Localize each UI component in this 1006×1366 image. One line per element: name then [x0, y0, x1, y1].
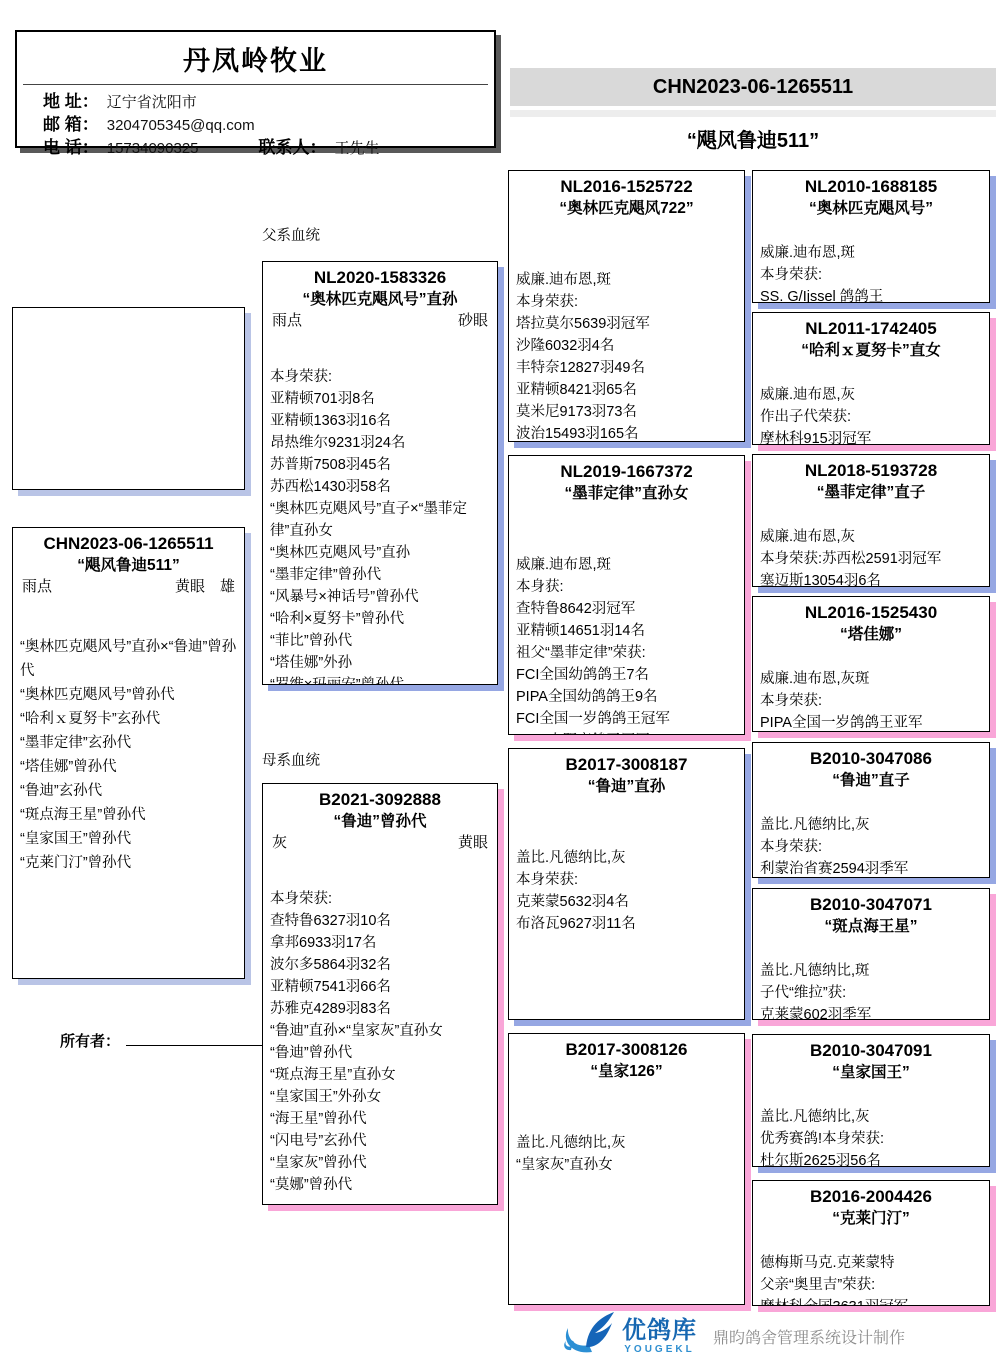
pedigree-line: “罗维×玛丽安”曾孙代 [270, 674, 490, 685]
pedigree-line: “鲁迪”曾孙代 [270, 1042, 490, 1064]
great-grandparent-box-4: NL2016-1525430 “塔佳娜” 威廉.迪布恩,灰斑本身荣获:PIPA全… [752, 596, 990, 732]
pedigree-line: 威廉.迪布恩,灰 [760, 385, 982, 407]
email-label: 邮 箱： [43, 114, 99, 136]
pedigree-line: “哈利ｘ夏努卡”玄孙代 [20, 707, 237, 731]
email-value: 3204705345@qq.com [107, 115, 255, 137]
pedigree-line: SS. G/Ijssel 鸽鸽王 [760, 287, 982, 303]
great-grandparent-box-5: B2010-3047086 “鲁迪”直子 盖比.凡德纳比,灰本身荣获:利蒙治省赛… [752, 742, 990, 878]
pedigree-line: 塔拉莫尔5639羽冠军 [516, 313, 737, 335]
pedigree-line: 盖比.凡德纳比,灰 [760, 815, 982, 837]
father-pedigree-box: NL2020-1583326 “奥林匹克飓风号”直孙 雨点 砂眼 本身荣获:亚精… [262, 261, 498, 685]
pedigree-line: PIPA全国一岁鸽鸽王亚军 [760, 713, 982, 732]
eye-color: 砂眼 [458, 310, 488, 331]
logo-english-name: YOUGEKL [624, 1344, 694, 1355]
pedigree-line: “海王星”曾孙代 [270, 1108, 490, 1130]
pedigree-line: 亚精顿1363羽16名 [270, 410, 490, 432]
pedigree-line: FCI全国一岁鸽鸽王冠军 [516, 708, 737, 730]
pedigree-line: 优秀赛鸽!本身荣获: [760, 1129, 982, 1151]
grandmother-maternal-box: B2017-3008126 “皇家126” 盖比.凡德纳比,灰“皇家灰”直孙女 [508, 1033, 745, 1305]
photo-placeholder-box [12, 307, 245, 490]
feather-color: 雨点 [22, 576, 52, 597]
pigeon-details: 盖比.凡德纳比,灰优秀赛鸽!本身荣获:杜尔斯2625羽56名 [760, 1107, 982, 1167]
pedigree-line: “皇家灰”曾孙代 [270, 1152, 490, 1174]
pedigree-line: 本身获: [516, 576, 737, 598]
pedigree-line: 克莱蒙602羽季军 [760, 1005, 982, 1020]
pedigree-line: 本身荣获: [516, 869, 737, 891]
address-label: 地 址： [43, 91, 99, 113]
pigeon-details: 威廉.迪布恩,灰斑本身荣获:PIPA全国一岁鸽鸽王亚军 [760, 669, 982, 732]
logo-wordmark: 优鸽库 YOUGEKL [622, 1318, 697, 1355]
feather-color: 灰 [272, 832, 287, 853]
pigeon-name: “皇家126” [516, 1061, 737, 1082]
pedigree-line: 亚精顿8421羽65名 [516, 379, 737, 401]
pigeon-name: “鲁迪”直子 [760, 770, 982, 791]
owner-label: 所有者： [60, 1033, 120, 1050]
farm-header-card: 丹凤岭牧业 地 址： 辽宁省沈阳市 邮 箱： 3204705345@qq.com… [15, 30, 496, 148]
pedigree-line: “闪电号”玄孙代 [270, 1130, 490, 1152]
pedigree-line: FCI全国幼鸽鸽王7名 [516, 664, 737, 686]
pedigree-line: “奥林匹克飓风号”直子×“墨菲定律”直孙女 [270, 498, 490, 542]
ring-number: B2016-2004426 [760, 1186, 982, 1208]
ring-number: CHN2023-06-1265511 [20, 533, 237, 555]
pedigree-line: “墨菲定律”玄孙代 [20, 731, 237, 755]
pedigree-line: 父亲“奥里吉”荣获: [760, 1275, 982, 1297]
pedigree-line: 德梅斯马克.克莱蒙特 [760, 1253, 982, 1275]
pedigree-line: “皇家灰”直孙女 [516, 1154, 737, 1176]
pedigree-line: 盖比.凡德纳比,灰 [516, 847, 737, 869]
pigeon-name: “飓风鲁迪511” [20, 555, 237, 576]
pedigree-line [270, 866, 490, 888]
phone-value: 15734090325 [107, 138, 199, 160]
swirl-bird-logo-icon [558, 1310, 616, 1363]
pedigree-line: “皇家国王”外孙女 [270, 1086, 490, 1108]
pigeon-name: “奥林匹克飓风722” [516, 198, 737, 219]
pedigree-line: 本身荣获:苏西松2591羽冠军 [760, 549, 982, 571]
grandmother-paternal-box: NL2019-1667372 “墨菲定律”直孙女 威廉.迪布恩,斑本身获:查特鲁… [508, 455, 745, 735]
pigeon-name: “克莱门汀” [760, 1208, 982, 1229]
pedigree-line: 威廉.迪布恩,灰斑 [760, 669, 982, 691]
farm-phone-row: 电 话： 15734090325 联系人： 王先生 [43, 137, 494, 160]
pedigree-line: 本身荣获: [760, 691, 982, 713]
pedigree-line: “哈利×夏努卡”曾孙代 [270, 608, 490, 630]
pigeon-name: “墨菲定律”直子 [760, 482, 982, 503]
pedigree-line: 莫米尼9173羽73名 [516, 401, 737, 423]
subject-name-banner: “飓风鲁迪511” [510, 124, 996, 153]
ring-number: NL2018-5193728 [760, 460, 982, 482]
banner-divider [510, 110, 996, 117]
pedigree-line: 苏雅克4289羽83名 [270, 998, 490, 1020]
pedigree-line: 威廉.迪布恩,灰 [760, 527, 982, 549]
paternal-lineage-label: 父系血统 [262, 224, 320, 245]
pigeon-name: “哈利ｘ夏努卡”直女 [760, 340, 982, 361]
pedigree-line: 亚精顿7541羽66名 [270, 976, 490, 998]
contact-value: 王先生 [335, 138, 380, 160]
contact-label: 联系人： [259, 137, 327, 159]
pedigree-line: “风暴号×神话号”曾孙代 [270, 586, 490, 608]
color-eye-row: 灰 黄眼 [270, 832, 490, 853]
pedigree-line: “奥林匹克飓风号”直孙 [270, 542, 490, 564]
pigeon-details: 威廉.迪布恩,灰作出子代荣获:摩林科915羽冠军 [760, 385, 982, 445]
pedigree-line: 查特鲁6327羽10名 [270, 910, 490, 932]
color-eye-row: 雨点 砂眼 [270, 310, 490, 331]
ring-number: B2017-3008126 [516, 1039, 737, 1061]
pedigree-line: 盖比.凡德纳比,灰 [516, 1132, 737, 1154]
ring-number: B2010-3047091 [760, 1040, 982, 1062]
pedigree-line: “克莱门汀”曾孙代 [20, 851, 237, 875]
pedigree-line: 盖比.凡德纳比,斑 [760, 961, 982, 983]
pigeon-name: “奥林匹克飓风号”直孙 [270, 289, 490, 310]
pedigree-line: 波尔多5864羽32名 [270, 954, 490, 976]
subject-pedigree-box: CHN2023-06-1265511 “飓风鲁迪511” 雨点 黄眼 雄 “奥林… [12, 527, 245, 979]
pigeon-details: 威廉.迪布恩,斑本身获:查特鲁8642羽冠军亚精顿14651羽14名祖父“墨菲定… [516, 554, 737, 735]
ring-number: NL2011-1742405 [760, 318, 982, 340]
pigeon-name: “皇家国王” [760, 1062, 982, 1083]
farm-contact-info: 地 址： 辽宁省沈阳市 邮 箱： 3204705345@qq.com 电 话： … [17, 85, 494, 160]
pigeon-details: 盖比.凡德纳比,灰本身荣获:利蒙治省赛2594羽季军 [760, 815, 982, 878]
pedigree-line: 本身荣获: [516, 291, 737, 313]
farm-address-row: 地 址： 辽宁省沈阳市 [43, 91, 494, 114]
pedigree-line: “塔佳娜”外孙 [270, 652, 490, 674]
ring-number: NL2010-1688185 [760, 176, 982, 198]
ring-number: NL2016-1525722 [516, 176, 737, 198]
phone-label: 电 话： [43, 137, 99, 159]
pedigree-line: 盖比.凡德纳比,灰 [760, 1107, 982, 1129]
pedigree-line: “皇家国王”曾孙代 [20, 827, 237, 851]
pedigree-line: 亚精顿14651羽14名 [516, 620, 737, 642]
pedigree-line: 丰特奈12827羽49名 [516, 357, 737, 379]
pedigree-line: 本身荣获: [270, 366, 490, 388]
pigeon-details: 盖比.凡德纳比,灰本身荣获:克莱蒙5632羽4名布洛瓦9627羽11名 [516, 847, 737, 935]
ring-number: NL2019-1667372 [516, 461, 737, 483]
great-grandparent-box-8: B2016-2004426 “克莱门汀” 德梅斯马克.克莱蒙特父亲“奥里吉”荣获… [752, 1180, 990, 1306]
pigeon-details: 本身荣获:查特鲁6327羽10名拿邦6933羽17名波尔多5864羽32名亚精顿… [270, 866, 490, 1196]
pedigree-line: “奥林匹克飓风号”直孙×“鲁迪”曾孙代 [20, 635, 237, 683]
pigeon-name: “斑点海王星” [760, 916, 982, 937]
pedigree-line: 利蒙治省赛2594羽季军 [760, 859, 982, 878]
pedigree-line: 本身荣获: [760, 837, 982, 859]
pedigree-line: 沙隆6032羽4名 [516, 335, 737, 357]
farm-name: 丹凤岭牧业 [23, 32, 488, 85]
pedigree-line: 波治15493羽165名 [516, 423, 737, 442]
great-grandparent-box-6: B2010-3047071 “斑点海王星” 盖比.凡德纳比,斑子代“维拉”获:克… [752, 888, 990, 1020]
pedigree-line: 摩林科全国3631羽冠军 [760, 1297, 982, 1306]
pedigree-line: 查特鲁8642羽冠军 [516, 598, 737, 620]
owner-blank-line [126, 1031, 266, 1046]
ring-number: B2017-3008187 [516, 754, 737, 776]
ring-number: NL2020-1583326 [270, 267, 490, 289]
pedigree-line: 祖父“墨菲定律”荣获: [516, 642, 737, 664]
pigeon-details: 盖比.凡德纳比,斑子代“维拉”获:克莱蒙602羽季军 [760, 961, 982, 1020]
pedigree-line: 威廉.迪布恩,斑 [516, 269, 737, 291]
system-credit-text: 鼎昀鸽舍管理系统设计制作 [713, 1325, 905, 1348]
eye-color: 黄眼 [458, 832, 488, 853]
ring-number: B2021-3092888 [270, 789, 490, 811]
pigeon-details: 本身荣获:亚精顿701羽8名亚精顿1363羽16名昂热维尔9231羽24名苏普斯… [270, 344, 490, 685]
pedigree-line: 威廉.迪布恩,斑 [760, 243, 982, 265]
pedigree-line [270, 344, 490, 366]
pedigree-line: “奥林匹克飓风号”曾孙代 [20, 683, 237, 707]
pigeon-details: “奥林匹克飓风号”直孙×“鲁迪”曾孙代“奥林匹克飓风号”曾孙代“哈利ｘ夏努卡”玄… [20, 635, 237, 875]
pedigree-line: 塞迈斯13054羽6名 [760, 571, 982, 587]
pigeon-details: 威廉.迪布恩,灰本身荣获:苏西松2591羽冠军塞迈斯13054羽6名 [760, 527, 982, 587]
great-grandparent-box-3: NL2018-5193728 “墨菲定律”直子 威廉.迪布恩,灰本身荣获:苏西松… [752, 454, 990, 587]
pedigree-line: 本身荣获: [760, 265, 982, 287]
pigeon-details: 威廉.迪布恩,斑本身荣获:SS. G/Ijssel 鸽鸽王 [760, 243, 982, 303]
pedigree-line: “墨菲定律”曾孙代 [270, 564, 490, 586]
pedigree-line: 子代“维拉”获: [760, 983, 982, 1005]
pedigree-line: 克莱蒙5632羽4名 [516, 891, 737, 913]
pedigree-line: 威廉.迪布恩,斑 [516, 554, 737, 576]
address-value: 辽宁省沈阳市 [107, 92, 197, 114]
great-grandparent-box-7: B2010-3047091 “皇家国王” 盖比.凡德纳比,灰优秀赛鸽!本身荣获:… [752, 1034, 990, 1167]
pedigree-line: 杜尔斯2625羽56名 [760, 1151, 982, 1167]
great-grandparent-box-2: NL2011-1742405 “哈利ｘ夏努卡”直女 威廉.迪布恩,灰作出子代荣获… [752, 312, 990, 445]
pedigree-line: 拿邦6933羽17名 [270, 932, 490, 954]
pigeon-details: 盖比.凡德纳比,灰“皇家灰”直孙女 [516, 1132, 737, 1176]
pigeon-name: “鲁迪”直孙 [516, 776, 737, 797]
pigeon-name: “墨菲定律”直孙女 [516, 483, 737, 504]
pedigree-line: 昂热维尔9231羽24名 [270, 432, 490, 454]
pedigree-line: 本身荣获: [270, 888, 490, 910]
pedigree-line: 苏西松1430羽58名 [270, 476, 490, 498]
ring-number: B2010-3047071 [760, 894, 982, 916]
feather-color: 雨点 [272, 310, 302, 331]
pedigree-line: “鲁迪”直孙×“皇家灰”直孙女 [270, 1020, 490, 1042]
pedigree-line: 作出子代荣获: [760, 407, 982, 429]
pedigree-line: “鲁迪”玄孙代 [20, 779, 237, 803]
grandfather-maternal-box: B2017-3008187 “鲁迪”直孙 盖比.凡德纳比,灰本身荣获:克莱蒙56… [508, 748, 745, 1020]
pedigree-line: “斑点海王星”直孙女 [270, 1064, 490, 1086]
pedigree-line: “菲比”曾孙代 [270, 630, 490, 652]
pigeon-details: 德梅斯马克.克莱蒙特父亲“奥里吉”荣获:摩林科全国3631羽冠军 [760, 1253, 982, 1306]
pedigree-line: 苏普斯7508羽45名 [270, 454, 490, 476]
pedigree-line: “斑点海王星”曾孙代 [20, 803, 237, 827]
logo-chinese-name: 优鸽库 [622, 1318, 697, 1344]
eye-and-sex: 黄眼 雄 [175, 576, 235, 597]
subject-ring-banner: CHN2023-06-1265511 [510, 68, 996, 106]
maternal-lineage-label: 母系血统 [262, 749, 320, 770]
pedigree-line: 布洛瓦9627羽11名 [516, 913, 737, 935]
pigeon-name: “塔佳娜” [760, 624, 982, 645]
pedigree-line: PIPA中距离鸽王冠军 [516, 730, 737, 735]
pigeon-name: “奥林匹克飓风号” [760, 198, 982, 219]
pedigree-line: 亚精顿701羽8名 [270, 388, 490, 410]
grandfather-paternal-box: NL2016-1525722 “奥林匹克飓风722” 威廉.迪布恩,斑本身荣获:… [508, 170, 745, 442]
pedigree-line: PIPA全国幼鸽鸽王9名 [516, 686, 737, 708]
owner-row: 所有者： [60, 1030, 266, 1051]
great-grandparent-box-1: NL2010-1688185 “奥林匹克飓风号” 威廉.迪布恩,斑本身荣获:SS… [752, 170, 990, 303]
pedigree-line: “塔佳娜”曾孙代 [20, 755, 237, 779]
pigeon-details: 威廉.迪布恩,斑本身荣获:塔拉莫尔5639羽冠军沙隆6032羽4名丰特奈1282… [516, 269, 737, 442]
farm-email-row: 邮 箱： 3204705345@qq.com [43, 114, 494, 137]
pedigree-line: 摩林科915羽冠军 [760, 429, 982, 445]
pedigree-line: “莫娜”曾孙代 [270, 1174, 490, 1196]
pigeon-name: “鲁迪”曾孙代 [270, 811, 490, 832]
mother-pedigree-box: B2021-3092888 “鲁迪”曾孙代 灰 黄眼 本身荣获:查特鲁6327羽… [262, 783, 498, 1205]
ring-number: NL2016-1525430 [760, 602, 982, 624]
footer-brand-bar: 优鸽库 YOUGEKL 鼎昀鸽舍管理系统设计制作 [558, 1310, 1006, 1362]
ring-number: B2010-3047086 [760, 748, 982, 770]
color-eye-sex-row: 雨点 黄眼 雄 [20, 576, 237, 597]
